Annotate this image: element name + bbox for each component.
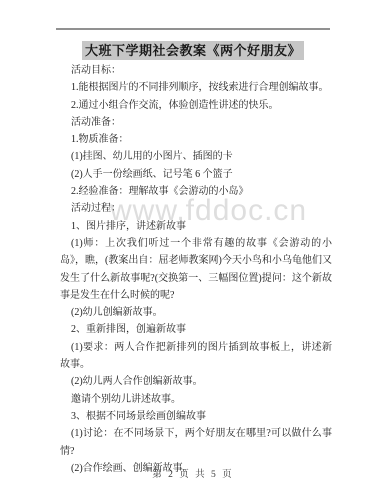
paragraph-activity-process-heading: 活动过程： [60, 200, 332, 217]
paragraph: 1.能根据图片的不同排列顺序，按线索进行合理创编故事。 [60, 79, 332, 96]
header-rule [56, 28, 330, 30]
paragraph: 2.经验准备：理解故事《会游动的小岛》 [60, 183, 332, 200]
paragraph-activity-prep-heading: 活动准备： [60, 114, 332, 131]
paragraph-activity-goals-heading: 活动目标： [60, 62, 332, 79]
paragraph: 1.物质准备： [60, 131, 332, 148]
paragraph: (1)要求：两人合作把新排列的图片插到故事板上，讲述新故事。 [60, 339, 332, 374]
page-number-footer: 第 2 页 共 5 页 [0, 466, 386, 480]
page-title: 大班下学期社会教案《两个好朋友》 [82, 41, 304, 60]
paragraph: 2、重新排图，创遍新故事 [60, 321, 332, 338]
paragraph: (2)幼儿创编新故事。 [60, 304, 332, 321]
title-row: 大班下学期社会教案《两个好朋友》 [0, 41, 386, 60]
paragraph: (1)讨论：在不同场景下，两个好朋友在哪里?可以做什么事情? [60, 425, 332, 460]
document-page: 大班下学期社会教案《两个好朋友》 www.fddoc.cn 活动目标： 1.能根… [0, 0, 386, 500]
paragraph: (1)师：上次我们听过一个非常有趣的故事《会游动的小岛》，瞧，(教案出自：屈老师… [60, 235, 332, 304]
paragraph: (2)幼儿两人合作创编新故事。 [60, 373, 332, 390]
document-body: 活动目标： 1.能根据图片的不同排列顺序，按线索进行合理创编故事。 2.通过小组… [60, 62, 332, 477]
paragraph: 3、根据不同场景绘画创编故事 [60, 408, 332, 425]
paragraph: (2)人手一份绘画纸、记号笔 6 个篮子 [60, 166, 332, 183]
paragraph: 邀请个别幼儿讲述故事。 [60, 391, 332, 408]
paragraph: 2.通过小组合作交流，体验创造性讲述的快乐。 [60, 97, 332, 114]
paragraph: 1、图片排序，讲述新故事 [60, 218, 332, 235]
paragraph: (1)挂图、幼儿用的小图片、插图的卡 [60, 148, 332, 165]
